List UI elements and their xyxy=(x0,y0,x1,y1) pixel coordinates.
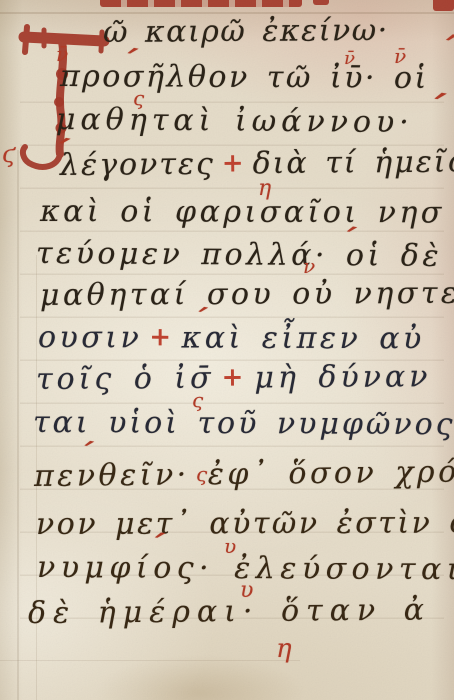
line-text: ται υἱοὶ τοῦ νυμφῶνος xyxy=(33,405,454,442)
rubric-fragment xyxy=(313,0,329,5)
red-lection-mark: υ xyxy=(224,536,236,556)
line-text: καὶ οἱ φαρισαῖοι νησ xyxy=(40,194,445,230)
red-lection-mark: η xyxy=(276,636,292,662)
line-text: νον μετ᾽ αὐτῶν ἐστὶν ὁ xyxy=(36,505,454,542)
line-text: μαθηταί σου οὐ νηστεύ xyxy=(40,276,454,313)
red-lection-mark: η xyxy=(258,178,271,200)
line-text: πενθεῖν· ἐφ᾽ ὅσον χρό xyxy=(34,455,454,494)
manuscript-page: ῶ καιρῶ ἐκείνω·προσῆλθον τῶ ἰῡ· οἱμαθητα… xyxy=(0,0,454,700)
line-text: δὲ ἡμέραι· ὅταν ἀ xyxy=(28,592,431,631)
manuscript-line-8: ουσιν+καὶ εἶπεν αὐ xyxy=(38,323,425,354)
manuscript-line-7: μαθηταί σου οὐ νηστεύ xyxy=(40,279,454,311)
line-text: τεύομεν πολλά· οἱ δὲ xyxy=(36,236,442,274)
manuscript-line-11: πενθεῖν· ἐφ᾽ ὅσον χρό xyxy=(34,458,454,492)
rubric-fragment xyxy=(100,0,302,7)
manuscript-line-10: ται υἱοὶ τοῦ νυμφῶνος xyxy=(33,408,454,440)
red-lection-mark: ς xyxy=(133,88,144,108)
manuscript-line-1: ῶ καιρῶ ἐκείνω· xyxy=(103,16,389,48)
line-text: λέγοντες xyxy=(60,147,215,183)
manuscript-line-12: νον μετ᾽ αὐτῶν ἐστὶν ὁ xyxy=(36,508,454,540)
red-lection-mark: ν̄ xyxy=(394,46,406,66)
left-fold-crease xyxy=(17,150,19,700)
manuscript-line-5: καὶ οἱ φαρισαῖοι νησ xyxy=(40,197,445,228)
red-cross-separator: + xyxy=(221,363,247,393)
manuscript-line-14: δὲ ἡμέραι· ὅταν ἀ xyxy=(28,595,431,629)
manuscript-line-3: μαθηταὶ ἰωάννου· xyxy=(56,105,414,138)
line-text: ουσιν xyxy=(38,320,142,355)
red-lection-mark: υ xyxy=(240,580,253,602)
line-text: τοῖς ὁ ἰσ̄ xyxy=(36,361,215,397)
red-lection-mark: ς xyxy=(196,464,207,484)
line-text: μαθηταὶ ἰωάννου· xyxy=(56,102,414,140)
red-cross-separator: + xyxy=(149,322,174,352)
line-text: καὶ εἶπεν αὐ xyxy=(182,321,425,357)
rubric-fragment xyxy=(433,0,454,11)
red-lection-mark: ν̄ xyxy=(56,44,68,64)
red-lection-mark: ν xyxy=(303,256,315,276)
line-text: ῶ καιρῶ ἐκείνω· xyxy=(103,13,389,50)
bottom-crease xyxy=(0,660,300,661)
red-lection-mark: ς xyxy=(192,390,203,410)
red-lection-mark: ´ xyxy=(433,31,454,70)
line-text: μὴ δύναν xyxy=(254,359,431,395)
red-lection-mark: ϛ xyxy=(2,142,15,166)
manuscript-line-4: λέγοντες+διὰ τί ἡμεῖς xyxy=(60,147,454,181)
line-text: διὰ τί ἡμεῖς xyxy=(252,144,454,181)
manuscript-line-9: τοῖς ὁ ἰσ̄+μὴ δύναν xyxy=(36,362,432,395)
red-lection-mark: ν̄ xyxy=(344,50,355,68)
manuscript-line-6: τεύομεν πολλά· οἱ δὲ xyxy=(36,239,442,272)
red-cross-separator: + xyxy=(222,148,246,178)
